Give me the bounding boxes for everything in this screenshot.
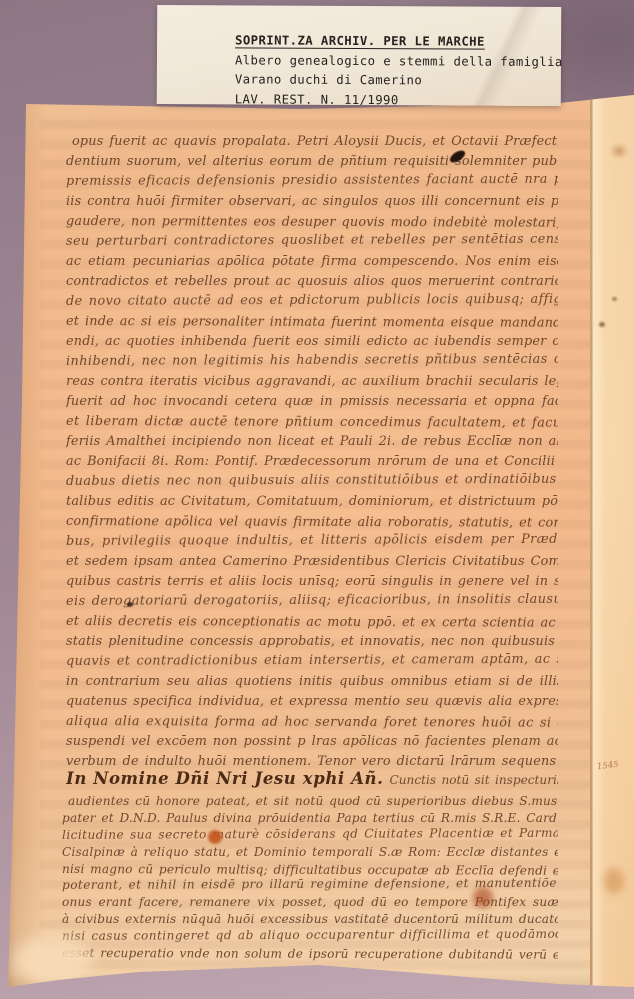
manuscript-line: et liberam dictæ auctē tenore pñtium con… [66, 412, 558, 434]
manuscript-line: bus, privilegiis quoque indultis, et lit… [66, 530, 558, 552]
manuscript-page: opus fuerit ac quavis propalata. Petri A… [0, 0, 634, 999]
manuscript-line: et aliis decretis eis conceptionatis ac … [66, 612, 558, 634]
manuscript-line: quavis et contradictionibus etiam inters… [66, 650, 558, 672]
label-restoration-number: LAV. REST. N. 11/1990 [235, 90, 561, 111]
manuscript-line: et sedem ipsam antea Camerino Præsidenti… [66, 552, 558, 572]
manuscript-line: feriis Amalthei incipiendo non liceat et… [66, 432, 558, 452]
foxing-spot [613, 146, 625, 156]
archive-label: SOPRINT.ZA ARCHIV. PER LE MARCHE Albero … [157, 5, 562, 106]
foxing-spot [604, 868, 624, 894]
label-description: Albero genealogico e stemmi della famigl… [235, 51, 561, 72]
manuscript-line: ac Bonifacii 8i. Rom: Pontif. Prædecesso… [66, 452, 558, 472]
manuscript-line: fuerit ad hoc invocandi cetera quæ in pm… [66, 392, 558, 412]
manuscript-line: ac etiam pecuniarias apōlica pōtate firm… [66, 252, 558, 272]
manuscript-line: talibus editis ac Civitatum, Comitatuum,… [66, 492, 558, 512]
manuscript-line: dentium suorum, vel alterius eorum de pñ… [66, 152, 558, 172]
invocation-continuation: Cunctis notū sit inspecturis iuxta seriē [383, 773, 558, 787]
label-title: SOPRINT.ZA ARCHIV. PER LE MARCHE [235, 31, 561, 52]
manuscript-line: duabus dietis nec non quibusuis aliis co… [66, 470, 558, 492]
manuscript-line: opus fuerit ac quavis propalata. Petri A… [66, 132, 558, 152]
manuscript-line: contradictos et rebelles prout ac quosui… [66, 272, 558, 292]
manuscript-line: quatenus specifica individua, et express… [66, 692, 558, 712]
invocation-text: In Nomine Dñi Nri Jesu xphi Añ. [66, 769, 383, 788]
manuscript-line: et inde ac si eis personaliter intimata … [66, 312, 558, 334]
photo-backdrop: opus fuerit ac quavis propalata. Petri A… [0, 0, 634, 999]
manuscript-line: suspendi vel excōem non possint p lras a… [66, 732, 558, 752]
manuscript-line: esset recuperatio vnde non solum de ipso… [62, 945, 558, 964]
manuscript-line: endi, ac quoties inhibenda fuerit eos si… [66, 332, 558, 352]
manuscript-line: quibus castris terris et aliis locis unī… [66, 572, 558, 592]
ink-speck [599, 322, 605, 327]
manuscript-line: statis plenitudine concessis approbatis,… [66, 632, 558, 652]
manuscript-text-lower: audientes cū honore pateat, et sit notū … [62, 793, 558, 962]
manuscript-text-upper: opus fuerit ac quavis propalata. Petri A… [66, 132, 558, 772]
orange-stain [206, 829, 224, 845]
manuscript-line: in contrarium seu alias quotiens initis … [66, 672, 558, 692]
manuscript-line: seu perturbari contradictores quoslibet … [66, 230, 558, 252]
page-fold [590, 94, 634, 990]
label-family: Varano duchi di Camerino [235, 70, 561, 91]
manuscript-line: aliqua alia exquisita forma ad hoc serva… [66, 712, 558, 734]
manuscript-line: licitudine sua secreto maturè cōsiderans… [62, 825, 558, 844]
red-stain [471, 884, 495, 911]
light-stain [14, 936, 92, 984]
ink-speck [612, 297, 617, 301]
manuscript-line: reas contra iteratis vicibus aggravandi,… [66, 372, 558, 392]
manuscript-line: eis derogatoriarū derogatoriis, aliisq; … [66, 590, 558, 612]
manuscript-line: inhibendi, nec non legitimis his habendi… [66, 350, 558, 372]
manuscript-line: premissis eficacis defensionis presidio … [66, 170, 558, 192]
manuscript-line: audientes cū honore pateat, et sit notū … [62, 793, 558, 810]
ink-dot [127, 602, 133, 607]
manuscript-line: nisi casus contingeret qd ab aliquo occu… [62, 926, 558, 945]
manuscript-line: Cisalpinæ à reliquo statu, et Dominio te… [62, 844, 558, 861]
manuscript-heading-line: In Nomine Dñi Nri Jesu xphi Añ.Cunctis n… [66, 769, 558, 793]
manuscript-line: de novo citato auctē ad eos et pdictorum… [66, 290, 558, 312]
manuscript-line: iis contra huōi firmiter observari, ac s… [66, 192, 558, 212]
